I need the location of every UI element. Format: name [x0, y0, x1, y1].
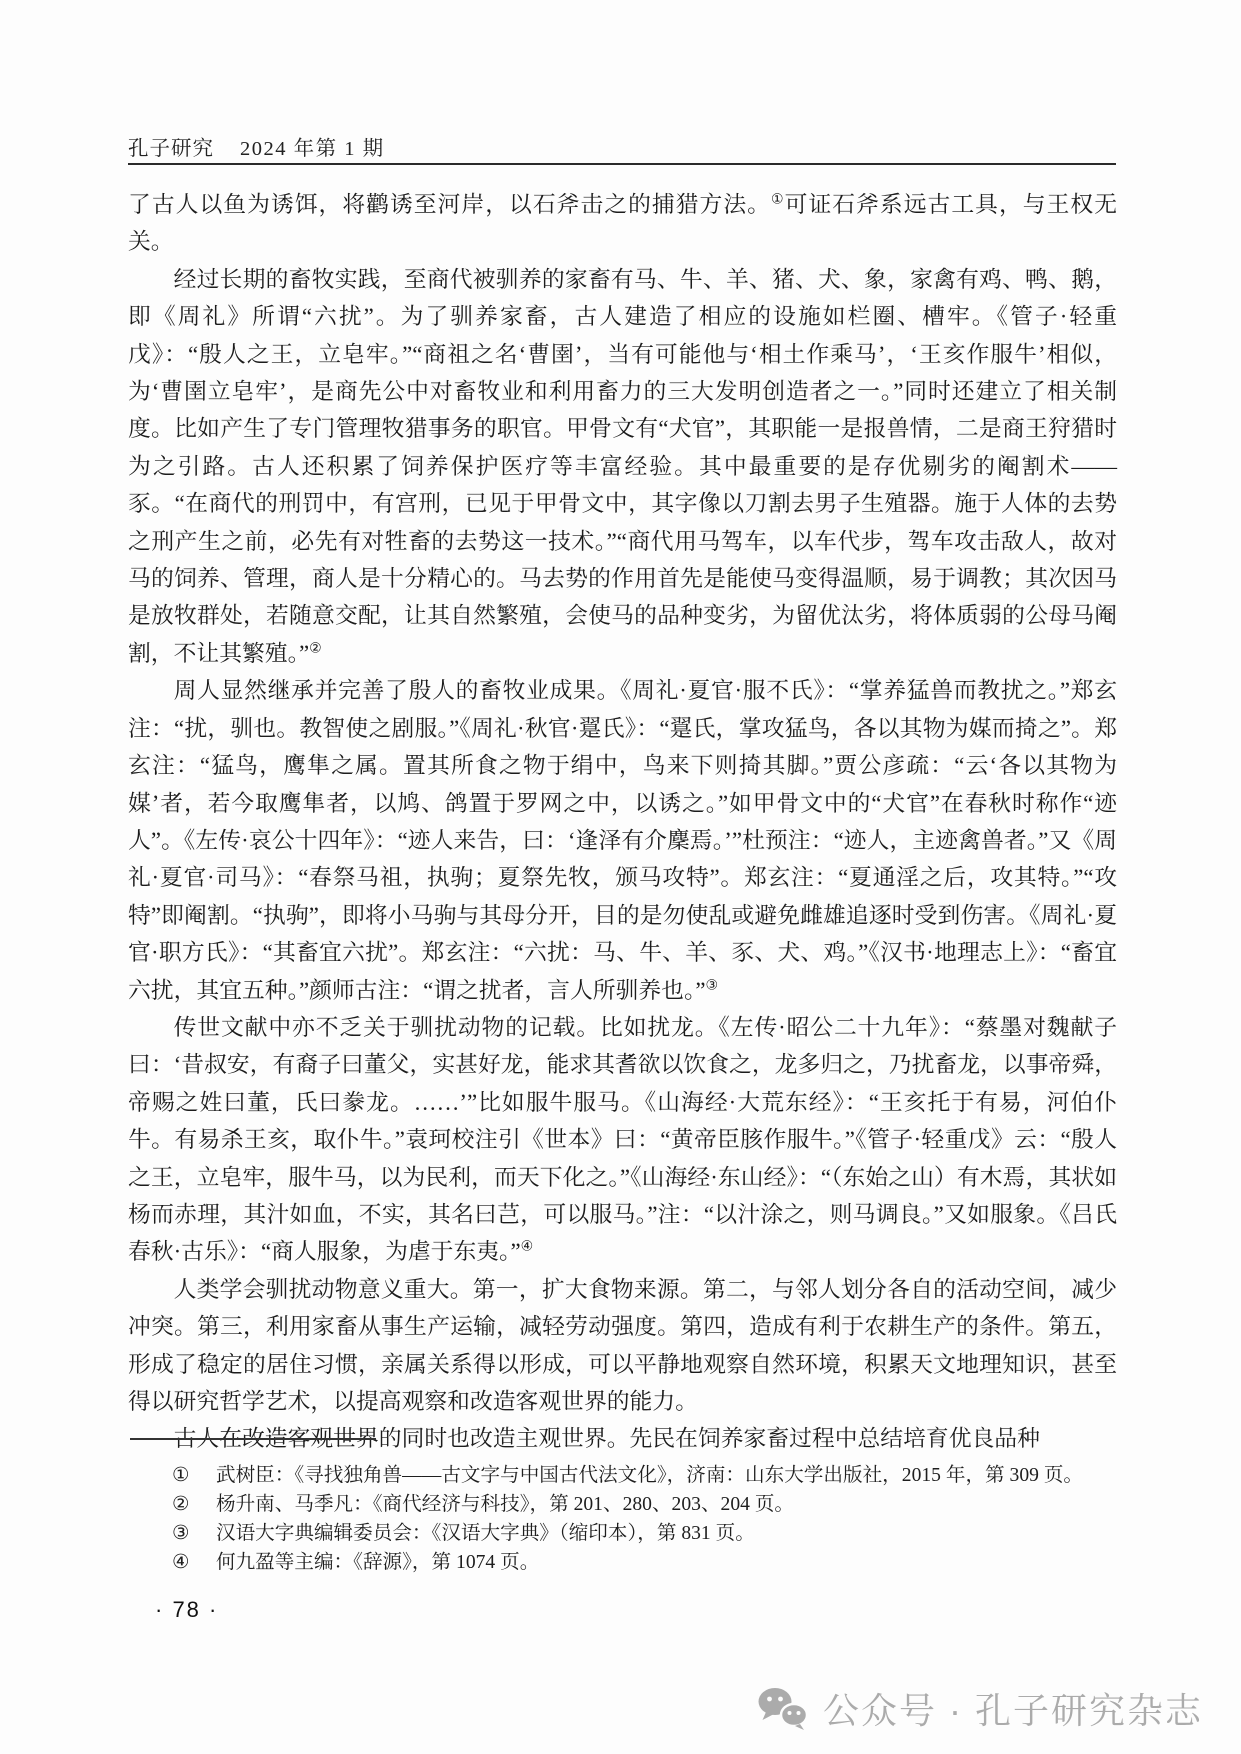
watermark-text: 公众号 · 孔子研究杂志 — [823, 1683, 1203, 1734]
footer-watermark: 公众号 · 孔子研究杂志 — [757, 1683, 1203, 1734]
journal-title: 孔子研究 — [128, 138, 214, 160]
footnote-text: 杨升南、马季凡：《商代经济与科技》，第 201、280、203、204 页。 — [216, 1494, 794, 1515]
footnote-ref: ③ — [705, 977, 718, 993]
footnote-text: 武树臣：《寻找独角兽——古文字与中国古代法文化》，济南：山东大学出版社，2015… — [216, 1465, 1083, 1486]
running-head: 孔子研究2024 年第 1 期 — [128, 131, 1116, 161]
footnote: ④何九盈等主编：《辞源》，第 1074 页。 — [128, 1548, 1117, 1577]
article-body: 了古人以鱼为诱饵，将鹳诱至河岸，以石斧击之的捕猎方法。①可证石斧系远古工具，与王… — [128, 186, 1117, 1458]
journal-page: 孔子研究2024 年第 1 期 了古人以鱼为诱饵，将鹳诱至河岸，以石斧击之的捕猎… — [0, 0, 1241, 1754]
footnote-separator — [130, 1438, 376, 1440]
page-number: · 78 · — [155, 1597, 218, 1623]
footnote-text: 汉语大字典编辑委员会：《汉语大字典》（缩印本），第 831 页。 — [216, 1523, 755, 1544]
body-paragraph: 人类学会驯扰动物意义重大。第一，扩大食物来源。第二，与邻人划分各自的活动空间，减… — [128, 1271, 1117, 1421]
footnote-marker: ④ — [172, 1548, 190, 1577]
footnote-marker: ② — [172, 1490, 190, 1519]
footnote-ref: ④ — [521, 1239, 534, 1255]
body-paragraph: 周人显然继承并完善了殷人的畜牧业成果。《周礼·夏官·服不氏》：“掌养猛兽而教扰之… — [128, 672, 1117, 1009]
footnote-marker: ③ — [172, 1519, 190, 1548]
header-rule — [128, 163, 1116, 165]
footnote-marker: ① — [172, 1461, 190, 1490]
body-paragraph: 了古人以鱼为诱饵，将鹳诱至河岸，以石斧击之的捕猎方法。①可证石斧系远古工具，与王… — [128, 186, 1117, 261]
footnote-text: 何九盈等主编：《辞源》，第 1074 页。 — [216, 1552, 539, 1573]
footnote: ②杨升南、马季凡：《商代经济与科技》，第 201、280、203、204 页。 — [128, 1490, 1117, 1519]
body-paragraph: 传世文献中亦不乏关于驯扰动物的记载。比如扰龙。《左传·昭公二十九年》：“蔡墨对魏… — [128, 1009, 1117, 1271]
wechat-icon — [757, 1687, 809, 1731]
footnote: ①武树臣：《寻找独角兽——古文字与中国古代法文化》，济南：山东大学出版社，201… — [128, 1461, 1117, 1490]
footnote-ref: ① — [771, 191, 785, 207]
issue-label: 2024 年第 1 期 — [240, 138, 385, 160]
footnotes-list: ①武树臣：《寻找独角兽——古文字与中国古代法文化》，济南：山东大学出版社，201… — [128, 1461, 1117, 1577]
footnote: ③汉语大字典编辑委员会：《汉语大字典》（缩印本），第 831 页。 — [128, 1519, 1117, 1548]
body-paragraph: 经过长期的畜牧实践，至商代被驯养的家畜有马、牛、羊、猪、犬、象，家禽有鸡、鸭、鹅… — [128, 261, 1117, 672]
footnote-ref: ② — [309, 640, 322, 656]
